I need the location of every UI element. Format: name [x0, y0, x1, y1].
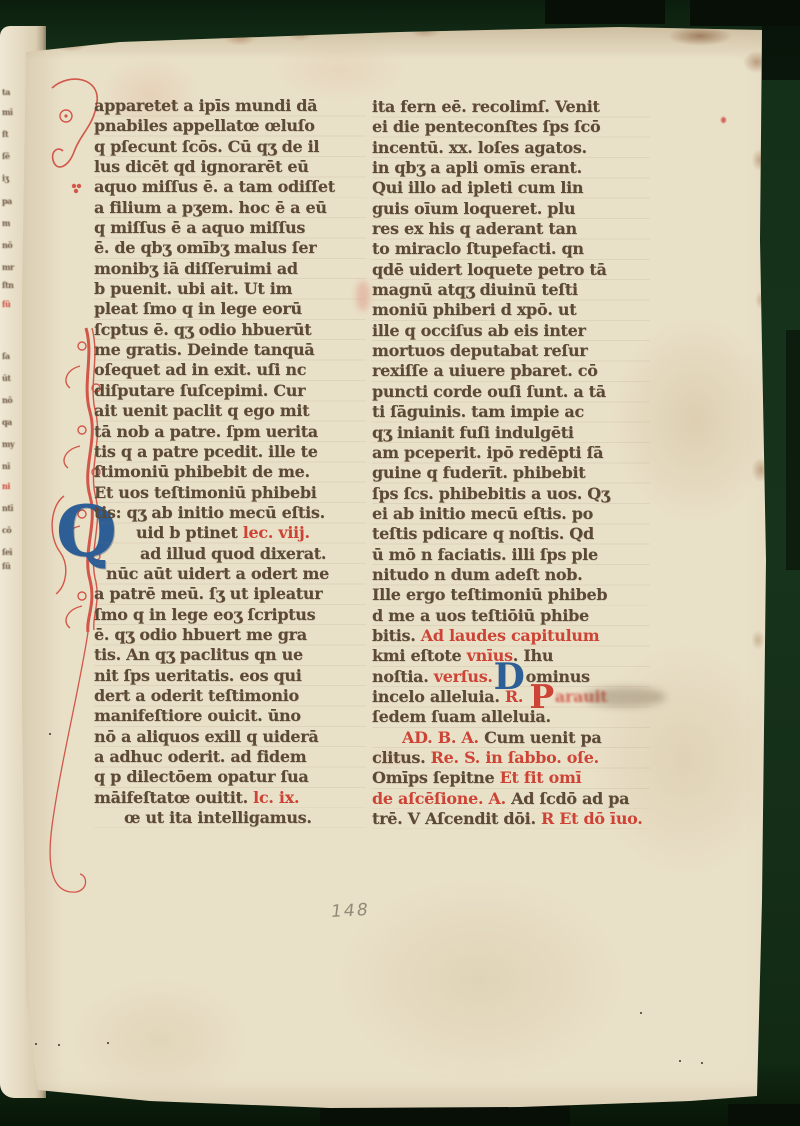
- manuscript-line: tis. An qʒ paclitus qn ue: [94, 645, 366, 665]
- gutter-text-fragment: ūt: [2, 374, 18, 382]
- line-text: ſtimoniū phibebit de me.: [94, 462, 310, 481]
- manuscript-line: Ille ergo teſtimoniū phibeb: [372, 585, 650, 605]
- manuscript-line: a patrē meū. ſʒ ut ipleatur: [94, 584, 366, 604]
- manuscript-line: guine q fuderīt. phibebit: [372, 463, 650, 483]
- line-text: ē. de qbʒ omībʒ malus ſer: [94, 238, 316, 257]
- background-shadow: [545, 0, 665, 24]
- manuscript-line: dert a oderit teſtimonio: [94, 686, 366, 706]
- manuscript-line: ē. de qbʒ omībʒ malus ſer: [94, 238, 366, 258]
- line-text: a patrē meū. ſʒ ut ipleatur: [94, 584, 322, 603]
- manuscript-line: guis oīum loqueret. plu: [372, 199, 650, 219]
- line-text: diſputare ſuſcepimi. Cur: [94, 381, 305, 400]
- line-text: uid b ptinet: [136, 523, 243, 542]
- gutter-text-fragment: qa: [2, 418, 18, 426]
- line-text: clitus.: [372, 748, 431, 767]
- gutter-text-fragment: mr: [2, 263, 18, 271]
- line-text: b puenit. ubi ait. Ut im: [94, 279, 292, 298]
- line-text: incentū. xx. loſes agatos.: [372, 138, 587, 157]
- rubric-text: Et fit omī: [500, 768, 582, 787]
- rubric-text: R.: [505, 687, 529, 706]
- manuscript-line: ita fern eē. recolimſ. Venit: [372, 97, 650, 117]
- manuscript-line: AD. B. A. Cum uenit pa: [372, 728, 650, 748]
- manuscript-line: incelo alleluia. R. Parauit: [372, 687, 650, 707]
- line-text: tā nob a patre. ſpm uerita: [94, 422, 318, 441]
- gutter-text-fragment: iʒ: [2, 174, 18, 182]
- manuscript-line: pleat ſmo q in lege eorū: [94, 299, 366, 319]
- line-text: Omīps ſepitne: [372, 768, 500, 787]
- red-ink-spot: [721, 117, 726, 123]
- manuscript-line: nō a aliquos exill q uiderā: [94, 727, 366, 747]
- manuscript-line: ſps ſcs. phibebitis a uos. Qʒ: [372, 484, 650, 504]
- rubric-text: vnīus: [467, 646, 513, 665]
- gutter-text-fragment: ſū: [2, 562, 18, 570]
- line-text: in qbʒ a apli omīs erant.: [372, 158, 582, 177]
- line-text: me gratis. Deinde tanquā: [94, 340, 314, 359]
- line-text: ſcptus ē. qʒ odio hbuerūt: [94, 320, 311, 339]
- manuscript-line: nit ſps ueritatis. eos qui: [94, 666, 366, 686]
- manuscript-line: me gratis. Deinde tanquā: [94, 340, 366, 360]
- line-text: kmi eſtote: [372, 646, 467, 665]
- rubric-text: R Et dō īuo.: [541, 809, 643, 828]
- folio-number: 148: [330, 900, 371, 922]
- line-text: res ex his q aderant tan: [372, 219, 577, 238]
- line-text: ti ſāguinis. tam impie ac: [372, 402, 584, 421]
- manuscript-line: a filium a pʒem. hoc ē a eū: [94, 198, 366, 218]
- rubric-text: lec. viij.: [243, 523, 310, 542]
- manuscript-line: diſputare ſuſcepimi. Cur: [94, 381, 366, 401]
- gutter-text-fragment: my: [2, 440, 18, 448]
- line-text: magnū atqʒ diuinū teſti: [372, 280, 578, 299]
- line-text: am pceperit. ipō redēpti ſā: [372, 443, 603, 462]
- line-text: Ille ergo teſtimoniū phibeb: [372, 585, 607, 604]
- gutter-text-fragment: pa: [2, 197, 18, 205]
- line-text: nūc aūt uidert a odert me: [106, 564, 329, 583]
- manuscript-line: clitus. Re. S. in ſabbo. oſe.: [372, 748, 650, 768]
- line-text: tis q a patre pcedit. ille te: [94, 442, 318, 461]
- line-text: Cum uenit pa: [484, 728, 601, 747]
- line-text: teſtis pdicare q noſtis. Qd: [372, 524, 594, 543]
- manuscript-line: q p dilectōem opatur ſua: [94, 767, 366, 787]
- manuscript-line: kmi eſtote vnīus. Ihu: [372, 646, 650, 666]
- line-text: œ ut ita intelligamus.: [124, 808, 312, 827]
- line-text: a adhuc oderit. ad fidem: [94, 747, 306, 766]
- line-text: pleat ſmo q in lege eorū: [94, 299, 302, 318]
- line-text: lus dicēt qd ignorarēt eū: [94, 157, 309, 176]
- speck: [701, 1062, 703, 1064]
- manuscript-line: ſtimoniū phibebit de me.: [94, 462, 366, 482]
- manuscript-line: ſcptus ē. qʒ odio hbuerūt: [94, 320, 366, 340]
- line-text: māifeſtatœ ouitit.: [94, 788, 253, 807]
- manuscript-line: am pceperit. ipō redēpti ſā: [372, 443, 650, 463]
- manuscript-line: manifeſtiore ouicit. ūno: [94, 706, 366, 726]
- line-text: ū mō n faciatis. illi ſps ple: [372, 545, 598, 564]
- line-text: ad illud quod dixerat.: [140, 544, 326, 563]
- line-text: Ad ſcdō ad pa: [511, 789, 629, 808]
- line-text: aquo miſſus ē. a tam odiſſet: [94, 177, 335, 196]
- speck: [679, 1060, 681, 1062]
- line-text: bitis.: [372, 626, 421, 645]
- line-text: ait uenit paclit q ego mit: [94, 401, 309, 420]
- line-text: q pſecunt ſcōs. Cū qʒ de il: [94, 137, 319, 156]
- gutter-text-fragment: ſē: [2, 152, 18, 160]
- line-text: tis. An qʒ paclitus qn ue: [94, 645, 303, 664]
- manuscript-line: ū mō n faciatis. illi ſps ple: [372, 545, 650, 565]
- manuscript-line: tis q a patre pcedit. ille te: [94, 442, 366, 462]
- line-text: apparetet a ipīs mundi dā: [94, 96, 317, 115]
- line-text: ominus: [526, 667, 590, 686]
- manuscript-line: de aſcēſione. A. Ad ſcdō ad pa: [372, 789, 650, 809]
- line-text: guine q fuderīt. phibebit: [372, 463, 585, 482]
- line-text: pnabiles appellatœ œluſo: [94, 116, 315, 135]
- gutter-text-fragment: nī: [2, 462, 18, 470]
- gutter-text-fragment: ni: [2, 482, 18, 490]
- speck: [58, 1044, 60, 1046]
- manuscript-line: ei ab initio mecū eſtis. po: [372, 504, 650, 524]
- line-text: puncti corde ouſi ſunt. a tā: [372, 382, 606, 401]
- manuscript-line: ſedem ſuam alleluia.: [372, 707, 650, 727]
- manuscript-line: mortuos deputabat reſur: [372, 341, 650, 361]
- illuminated-initial-P: P: [529, 677, 554, 716]
- rubric-text: Re. S. in ſabbo. oſe.: [431, 748, 599, 767]
- line-text: ē. qʒ odio hbuert me gra: [94, 625, 307, 644]
- gutter-text-fragment: ta: [2, 88, 18, 96]
- line-text: ſps ſcs. phibebitis a uos. Qʒ: [372, 484, 610, 503]
- manuscript-line: b puenit. ubi ait. Ut im: [94, 279, 366, 299]
- gutter-text-fragment: mī: [2, 108, 18, 116]
- gutter-text-fragment: ſtn: [2, 281, 18, 289]
- manuscript-line: œ ut ita intelligamus.: [94, 808, 366, 828]
- gutter-text-fragment: ſa: [2, 352, 18, 360]
- manuscript-line: noſtia. verſus.Dominus: [372, 667, 650, 687]
- line-text: d me a uos teſtiōiū phibe: [372, 606, 589, 625]
- line-text: dert a oderit teſtimonio: [94, 686, 299, 705]
- line-text: tis: qʒ ab initio mecū eſtis.: [94, 503, 325, 522]
- line-text: Qui illo ad ipleti cum lin: [372, 178, 583, 197]
- gutter-text-fragment: ntī: [2, 504, 18, 512]
- line-text: ille q occiſus ab eis inter: [372, 321, 586, 340]
- line-text: ita fern eē. recolimſ. Venit: [372, 97, 600, 116]
- line-text: qʒ inianit fuſi indulgēti: [372, 423, 574, 442]
- manuscript-line: lus dicēt qd ignorarēt eū: [94, 157, 366, 177]
- manuscript-line: ille q occiſus ab eis inter: [372, 321, 650, 341]
- line-text: incelo alleluia.: [372, 687, 505, 706]
- gutter-text-fragment: ſeī: [2, 548, 18, 556]
- line-text: qdē uidert loquete petro tā: [372, 260, 607, 279]
- line-text: nō a aliquos exill q uiderā: [94, 727, 318, 746]
- line-text: oſequet ad in exit. uſi nc: [94, 360, 306, 379]
- line-text: mortuos deputabat reſur: [372, 341, 587, 360]
- penwork-flourish-icon: [36, 66, 146, 926]
- manuscript-line: ad illud quod dixerat.: [94, 544, 366, 564]
- background-shadow: [786, 330, 800, 570]
- line-text: noſtia.: [372, 667, 434, 686]
- manuscript-line: qʒ inianit fuſi indulgēti: [372, 423, 650, 443]
- manuscript-line: in qbʒ a apli omīs erant.: [372, 158, 650, 178]
- line-text: moniū phiberi d xpō. ut: [372, 300, 576, 319]
- manuscript-line: monibʒ iā diſſeruimi ad: [94, 259, 366, 279]
- manuscript-line: ti ſāguinis. tam impie ac: [372, 402, 650, 422]
- manuscript-line: incentū. xx. loſes agatos.: [372, 138, 650, 158]
- line-text: ei die penteconſtes ſps ſcō: [372, 117, 600, 136]
- speck: [49, 733, 51, 735]
- illuminated-initial-Q: Q: [56, 497, 117, 567]
- manuscript-line: pnabiles appellatœ œluſo: [94, 116, 366, 136]
- manuscript-line: apparetet a ipīs mundi dā: [94, 96, 366, 116]
- manuscript-line: d me a uos teſtiōiū phibe: [372, 606, 650, 626]
- background-shadow: [728, 1104, 800, 1126]
- manuscript-photo: tamīſtſēiʒpamnōmrſtnſūſaūtnōqamynīnintīc…: [0, 0, 800, 1126]
- line-text: ſmo q in lege eoʒ ſcriptus: [94, 605, 315, 624]
- manuscript-line: q pſecunt ſcōs. Cū qʒ de il: [94, 137, 366, 157]
- manuscript-line: ait uenit paclit q ego mit: [94, 401, 366, 421]
- text-column-right: ita fern eē. recolimſ. Venitei die pente…: [372, 97, 650, 829]
- manuscript-line: tis: qʒ ab initio mecū eſtis.: [94, 503, 366, 523]
- rubric-text: AD. B. A.: [402, 728, 484, 747]
- manuscript-line: rexiſſe a uiuere pbaret. cō: [372, 361, 650, 381]
- line-text: monibʒ iā diſſeruimi ad: [94, 259, 298, 278]
- manuscript-line: a adhuc oderit. ad fidem: [94, 747, 366, 767]
- line-text: q p dilectōem opatur ſua: [94, 767, 308, 786]
- speck: [107, 1042, 109, 1044]
- manuscript-line: trē. V Aſcendit dōi. R Et dō īuo.: [372, 809, 650, 829]
- rubric-text: Ad laudes capitulum: [421, 626, 600, 645]
- manuscript-line: uid b ptinet lec. viij.: [94, 523, 366, 543]
- manuscript-line: ē. qʒ odio hbuert me gra: [94, 625, 366, 645]
- manuscript-line: q miſſus ē a aquo miſſus: [94, 218, 366, 238]
- manuscript-line: moniū phiberi d xpō. ut: [372, 300, 650, 320]
- line-text: a filium a pʒem. hoc ē a eū: [94, 198, 327, 217]
- gutter-text-fragment: m: [2, 219, 18, 227]
- manuscript-line: nitudo n dum adeſt nob.: [372, 565, 650, 585]
- gutter-text-fragment: nō: [2, 396, 18, 404]
- line-text: manifeſtiore ouicit. ūno: [94, 706, 301, 725]
- manuscript-line: res ex his q aderant tan: [372, 219, 650, 239]
- line-text: q miſſus ē a aquo miſſus: [94, 218, 305, 237]
- illuminated-initial-D: D: [494, 656, 525, 698]
- line-text: ſedem ſuam alleluia.: [372, 707, 551, 726]
- manuscript-line: Et uos teſtimoniū phibebi: [94, 483, 366, 503]
- line-text: guis oīum loqueret. plu: [372, 199, 575, 218]
- rubric-text: verſus.: [434, 667, 493, 686]
- line-text: rexiſſe a uiuere pbaret. cō: [372, 361, 598, 380]
- line-text: nitudo n dum adeſt nob.: [372, 565, 582, 584]
- manuscript-line: ſmo q in lege eoʒ ſcriptus: [94, 605, 366, 625]
- speck: [640, 1012, 642, 1014]
- manuscript-line: Qui illo ad ipleti cum lin: [372, 178, 650, 198]
- gutter-text-fragment: cō: [2, 526, 18, 534]
- gutter-text-fragment: nō: [2, 241, 18, 249]
- text-column-left: apparetet a ipīs mundi dāpnabiles appell…: [94, 96, 366, 828]
- manuscript-line: nūc aūt uidert a odert me: [94, 564, 366, 584]
- line-text: . Ihu: [513, 646, 553, 665]
- gutter-text-fragment: ſt: [2, 130, 18, 138]
- manuscript-line: tā nob a patre. ſpm uerita: [94, 422, 366, 442]
- manuscript-line: puncti corde ouſi ſunt. a tā: [372, 382, 650, 402]
- rubric-text: lc. ix.: [253, 788, 299, 807]
- manuscript-line: ei die penteconſtes ſps ſcō: [372, 117, 650, 137]
- rubric-text: de aſcēſione. A.: [372, 789, 511, 808]
- line-text: to miraclo ſtupefacti. qn: [372, 239, 584, 258]
- manuscript-line: aquo miſſus ē. a tam odiſſet: [94, 177, 366, 197]
- manuscript-line: bitis. Ad laudes capitulum: [372, 626, 650, 646]
- line-text: Et uos teſtimoniū phibebi: [94, 483, 317, 502]
- manuscript-page: Q apparetet a ipīs mundi dāpnabiles appe…: [0, 0, 800, 1126]
- speck: [35, 1043, 37, 1045]
- line-text: ei ab initio mecū eſtis. po: [372, 504, 593, 523]
- gutter-text-fragment: ſū: [2, 300, 18, 308]
- manuscript-line: qdē uidert loquete petro tā: [372, 260, 650, 280]
- manuscript-line: Omīps ſepitne Et fit omī: [372, 768, 650, 788]
- manuscript-line: teſtis pdicare q noſtis. Qd: [372, 524, 650, 544]
- rubric-text: arauit: [555, 687, 607, 706]
- manuscript-line: oſequet ad in exit. uſi nc: [94, 360, 366, 380]
- manuscript-line: magnū atqʒ diuinū teſti: [372, 280, 650, 300]
- red-show-through: [356, 281, 370, 311]
- erased-text-smudge: [584, 687, 666, 707]
- line-text: nit ſps ueritatis. eos qui: [94, 666, 302, 685]
- background-shadow: [762, 0, 800, 80]
- manuscript-line: to miraclo ſtupefacti. qn: [372, 239, 650, 259]
- manuscript-line: māifeſtatœ ouitit. lc. ix.: [94, 788, 366, 808]
- line-text: trē. V Aſcendit dōi.: [372, 809, 541, 828]
